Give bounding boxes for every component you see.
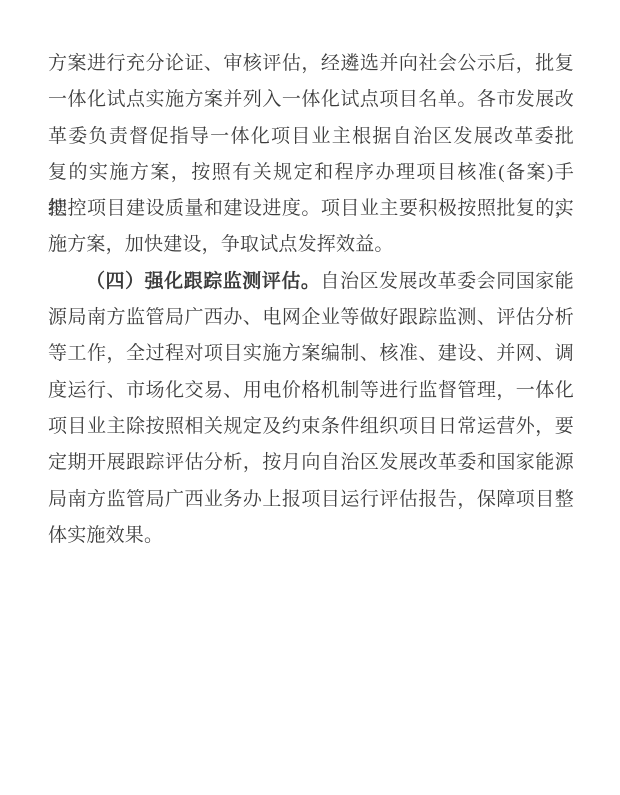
text-line: 定期开展跟踪评估分析，按月向自治区发展改革委和国家能源	[48, 445, 574, 481]
text-run: 自治区发展改革委会同国家能	[320, 271, 574, 292]
text-line: 方案进行充分论证、审核评估，经遴选并向社会公示后，批复	[48, 46, 574, 82]
text-line-paragraph-end: 施方案，加快建设，争取试点发挥效益。	[48, 227, 574, 263]
text-line: 把控项目建设质量和建设进度。项目业主要积极按照批复的实	[48, 191, 574, 227]
text-line: 局南方监管局广西业务办上报项目运行评估报告，保障项目整	[48, 482, 574, 518]
text-line: 复的实施方案，按照有关规定和程序办理项目核准(备案)手续，	[48, 155, 574, 191]
text-line: 度运行、市场化交易、用电价格机制等进行监督管理，一体化	[48, 373, 574, 409]
document-text-block: 方案进行充分论证、审核评估，经遴选并向社会公示后，批复 一体化试点实施方案并列入…	[48, 46, 574, 554]
text-line: 革委负责督促指导一体化项目业主根据自治区发展改革委批	[48, 119, 574, 155]
text-line: 源局南方监管局广西办、电网企业等做好跟踪监测、评估分析	[48, 300, 574, 336]
text-line: 一体化试点实施方案并列入一体化试点项目名单。各市发展改	[48, 82, 574, 118]
text-line-paragraph-end: 体实施效果。	[48, 518, 574, 554]
section-heading-line: （四）强化跟踪监测评估。自治区发展改革委会同国家能	[48, 264, 574, 300]
text-line: 项目业主除按照相关规定及约束条件组织项目日常运营外，要	[48, 409, 574, 445]
text-line: 等工作，全过程对项目实施方案编制、核准、建设、并网、调	[48, 336, 574, 372]
document-page: 方案进行充分论证、审核评估，经遴选并向社会公示后，批复 一体化试点实施方案并列入…	[0, 0, 620, 795]
section-heading: （四）强化跟踪监测评估。	[86, 271, 320, 292]
